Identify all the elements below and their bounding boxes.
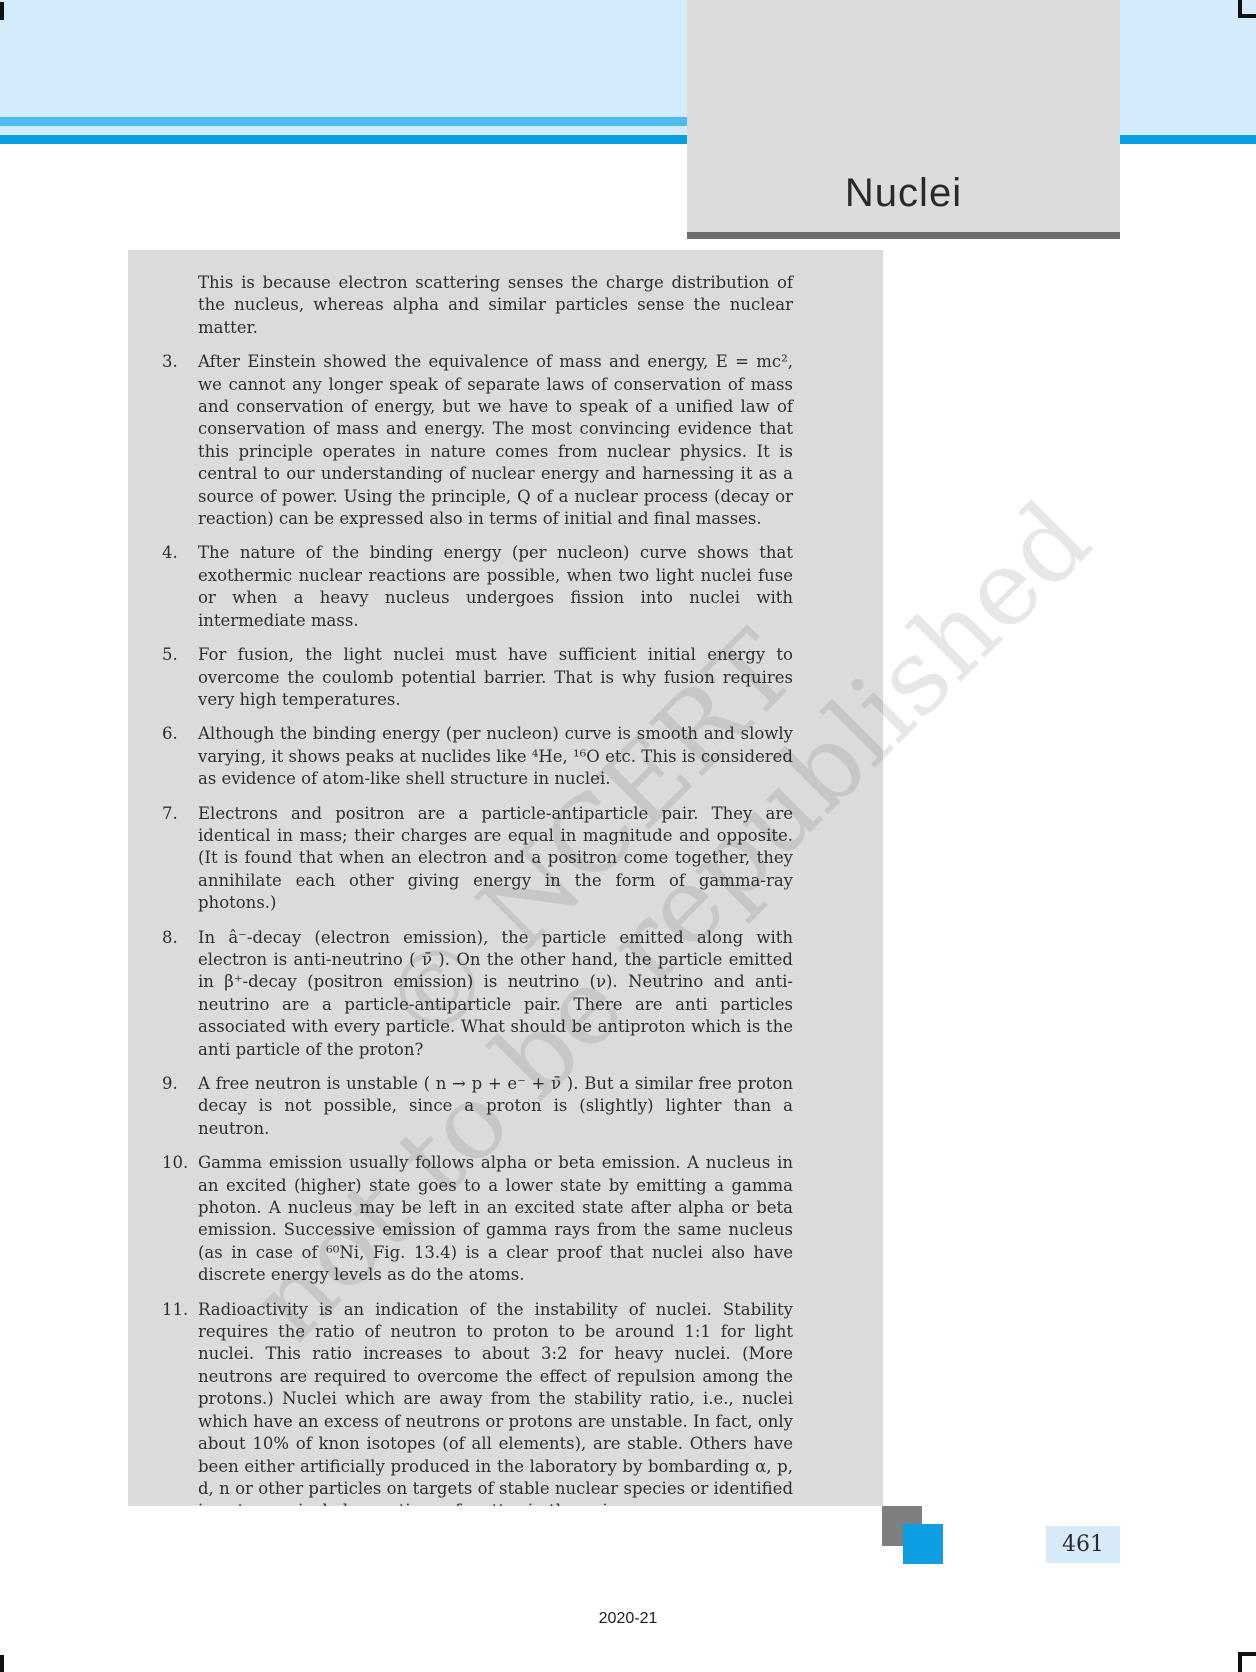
chapter-underline-bar [687, 232, 1120, 239]
corner-mark-bottom-right [1238, 1652, 1256, 1672]
mid-blue-stripe [0, 117, 690, 126]
summary-item-text: After Einstein showed the equivalence of… [198, 351, 793, 530]
summary-item: 3. After Einstein showed the equivalence… [162, 351, 793, 530]
book-page: Nuclei This is because electron scatteri… [0, 0, 1256, 1672]
summary-item-number: 5. [162, 644, 198, 711]
corner-mark-top-left [0, 2, 4, 20]
chapter-header-box: Nuclei [687, 0, 1120, 232]
summary-item-number: 4. [162, 542, 198, 632]
summary-item: 10. Gamma emission usually follows alpha… [162, 1152, 793, 1286]
summary-item-text: For fusion, the light nuclei must have s… [198, 644, 793, 711]
summary-item-text: The nature of the binding energy (per nu… [198, 542, 793, 632]
summary-item-number: 9. [162, 1073, 198, 1140]
summary-item-text: A free neutron is unstable ( n → p + e⁻ … [198, 1073, 793, 1140]
summary-item-number: 7. [162, 803, 198, 915]
corner-mark-top-right [1238, 0, 1256, 18]
chapter-title: Nuclei [845, 171, 962, 216]
page-number-box: 461 [1046, 1526, 1120, 1563]
summary-item-number: 3. [162, 351, 198, 530]
summary-item: 6. Although the binding energy (per nucl… [162, 723, 793, 790]
summary-item: 5. For fusion, the light nuclei must hav… [162, 644, 793, 711]
summary-item-text: Radioactivity is an indication of the in… [198, 1299, 793, 1506]
accent-square-cyan [903, 1524, 943, 1564]
summary-item: 8. In â⁻-decay (electron emission), the … [162, 927, 793, 1061]
summary-item-text: Gamma emission usually follows alpha or … [198, 1152, 793, 1286]
summary-item-number: 8. [162, 927, 198, 1061]
summary-item: 11. Radioactivity is an indication of th… [162, 1299, 793, 1506]
summary-item-number: 6. [162, 723, 198, 790]
summary-points-box: This is because electron scattering sens… [128, 250, 883, 1506]
summary-intro-paragraph: This is because electron scattering sens… [198, 272, 793, 339]
page-number: 461 [1062, 1532, 1104, 1557]
summary-item: 9. A free neutron is unstable ( n → p + … [162, 1073, 793, 1140]
summary-item: 7. Electrons and positron are a particle… [162, 803, 793, 915]
footer-year: 2020-21 [0, 1610, 1256, 1628]
summary-item-text: In â⁻-decay (electron emission), the par… [198, 927, 793, 1061]
summary-item-number: 10. [162, 1152, 198, 1286]
corner-mark-bottom-left [0, 1655, 4, 1672]
summary-list: 3. After Einstein showed the equivalence… [162, 351, 793, 1506]
summary-item-text: Electrons and positron are a particle-an… [198, 803, 793, 915]
summary-item-number: 11. [162, 1299, 198, 1506]
summary-item: 4. The nature of the binding energy (per… [162, 542, 793, 632]
summary-item-text: Although the binding energy (per nucleon… [198, 723, 793, 790]
